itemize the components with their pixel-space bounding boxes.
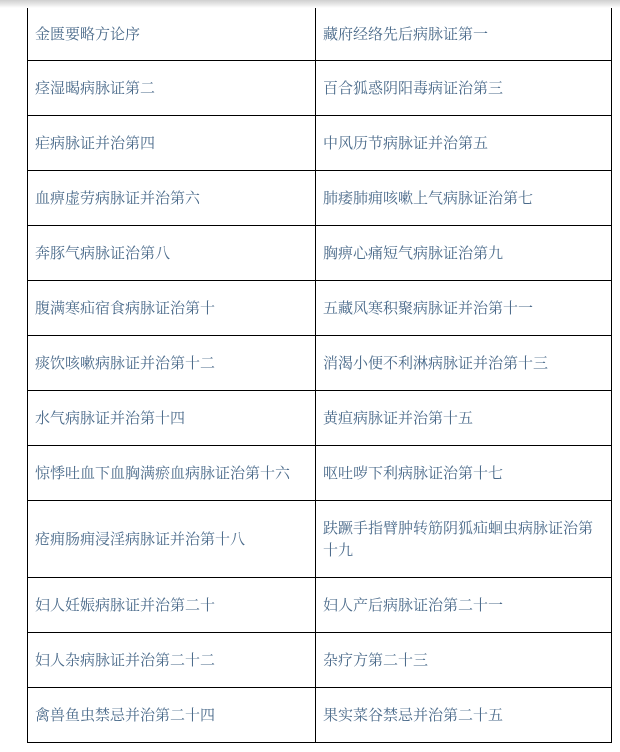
top-scroll-shadow [0,0,620,8]
table-cell: 百合狐惑阴阳毒病证治第三 [316,61,612,116]
chapter-link[interactable]: 黄疸病脉证并治第十五 [323,409,473,427]
table-cell: 奔豚气病脉证治第八 [28,226,316,281]
table-cell: 消渴小便不利淋病脉证并治第十三 [316,336,612,391]
table-row: 痉湿暍病脉证第二 百合狐惑阴阳毒病证治第三 [28,61,612,116]
chapter-link[interactable]: 中风历节病脉证并治第五 [323,134,488,152]
chapter-link[interactable]: 水气病脉证并治第十四 [35,409,185,427]
table-row: 妇人杂病脉证并治第二十二 杂疗方第二十三 [28,633,612,688]
table-cell: 痰饮咳嗽病脉证并治第十二 [28,336,316,391]
chapter-link[interactable]: 痉湿暍病脉证第二 [35,79,155,97]
chapter-link[interactable]: 妇人妊娠病脉证并治第二十 [35,596,215,614]
table-cell: 胸痹心痛短气病脉证治第九 [316,226,612,281]
table-row: 金匮要略方论序 藏府经络先后病脉证第一 [28,8,612,61]
chapter-link[interactable]: 五藏风寒积聚病脉证并治第十一 [323,299,533,317]
chapter-link[interactable]: 疟病脉证并治第四 [35,134,155,152]
chapter-table: 金匮要略方论序 藏府经络先后病脉证第一 痉湿暍病脉证第二 百合狐惑阴阳毒病证治第… [27,8,612,743]
chapter-link[interactable]: 趺蹶手指臂肿转筋阴狐疝蛔虫病脉证治第十九 [323,519,593,559]
table-cell: 疟病脉证并治第四 [28,116,316,171]
table-row: 水气病脉证并治第十四 黄疸病脉证并治第十五 [28,391,612,446]
table-cell: 痉湿暍病脉证第二 [28,61,316,116]
table-cell: 黄疸病脉证并治第十五 [316,391,612,446]
table-row: 疟病脉证并治第四 中风历节病脉证并治第五 [28,116,612,171]
table-row: 禽兽鱼虫禁忌并治第二十四 果实菜谷禁忌并治第二十五 [28,688,612,743]
chapter-link[interactable]: 藏府经络先后病脉证第一 [323,25,488,43]
table-row: 血痹虚劳病脉证并治第六 肺痿肺痈咳嗽上气病脉证治第七 [28,171,612,226]
chapter-link[interactable]: 金匮要略方论序 [35,25,140,43]
table-cell: 杂疗方第二十三 [316,633,612,688]
chapter-link[interactable]: 血痹虚劳病脉证并治第六 [35,189,200,207]
table-cell: 金匮要略方论序 [28,8,316,61]
table-cell: 禽兽鱼虫禁忌并治第二十四 [28,688,316,743]
table-cell: 妇人妊娠病脉证并治第二十 [28,578,316,633]
chapter-link[interactable]: 妇人产后病脉证治第二十一 [323,596,503,614]
table-row: 腹满寒疝宿食病脉证治第十 五藏风寒积聚病脉证并治第十一 [28,281,612,336]
chapter-link[interactable]: 肺痿肺痈咳嗽上气病脉证治第七 [323,189,533,207]
chapter-link[interactable]: 腹满寒疝宿食病脉证治第十 [35,299,215,317]
chapter-link[interactable]: 妇人杂病脉证并治第二十二 [35,651,215,669]
chapter-link[interactable]: 奔豚气病脉证治第八 [35,244,170,262]
table-row: 奔豚气病脉证治第八 胸痹心痛短气病脉证治第九 [28,226,612,281]
table-cell: 水气病脉证并治第十四 [28,391,316,446]
table-cell: 妇人杂病脉证并治第二十二 [28,633,316,688]
table-cell: 疮痈肠痈浸淫病脉证并治第十八 [28,501,316,578]
table-row: 痰饮咳嗽病脉证并治第十二 消渴小便不利淋病脉证并治第十三 [28,336,612,391]
table-row: 惊悸吐血下血胸满瘀血病脉证治第十六 呕吐哕下利病脉证治第十七 [28,446,612,501]
table-row: 疮痈肠痈浸淫病脉证并治第十八 趺蹶手指臂肿转筋阴狐疝蛔虫病脉证治第十九 [28,501,612,578]
chapter-link[interactable]: 惊悸吐血下血胸满瘀血病脉证治第十六 [35,464,290,482]
table-cell: 惊悸吐血下血胸满瘀血病脉证治第十六 [28,446,316,501]
chapter-link[interactable]: 禽兽鱼虫禁忌并治第二十四 [35,706,215,724]
table-cell: 藏府经络先后病脉证第一 [316,8,612,61]
chapter-link[interactable]: 果实菜谷禁忌并治第二十五 [323,706,503,724]
table-cell: 呕吐哕下利病脉证治第十七 [316,446,612,501]
chapter-link[interactable]: 疮痈肠痈浸淫病脉证并治第十八 [35,530,245,548]
table-cell: 肺痿肺痈咳嗽上气病脉证治第七 [316,171,612,226]
chapter-link[interactable]: 痰饮咳嗽病脉证并治第十二 [35,354,215,372]
table-cell: 五藏风寒积聚病脉证并治第十一 [316,281,612,336]
table-cell: 腹满寒疝宿食病脉证治第十 [28,281,316,336]
chapter-link[interactable]: 呕吐哕下利病脉证治第十七 [323,464,503,482]
table-cell: 果实菜谷禁忌并治第二十五 [316,688,612,743]
table-cell: 血痹虚劳病脉证并治第六 [28,171,316,226]
table-cell: 趺蹶手指臂肿转筋阴狐疝蛔虫病脉证治第十九 [316,501,612,578]
table-row: 妇人妊娠病脉证并治第二十 妇人产后病脉证治第二十一 [28,578,612,633]
chapter-link[interactable]: 消渴小便不利淋病脉证并治第十三 [323,354,548,372]
chapter-link[interactable]: 杂疗方第二十三 [323,651,428,669]
table-cell: 中风历节病脉证并治第五 [316,116,612,171]
chapter-link[interactable]: 百合狐惑阴阳毒病证治第三 [323,79,503,97]
chapter-link[interactable]: 胸痹心痛短气病脉证治第九 [323,244,503,262]
table-cell: 妇人产后病脉证治第二十一 [316,578,612,633]
